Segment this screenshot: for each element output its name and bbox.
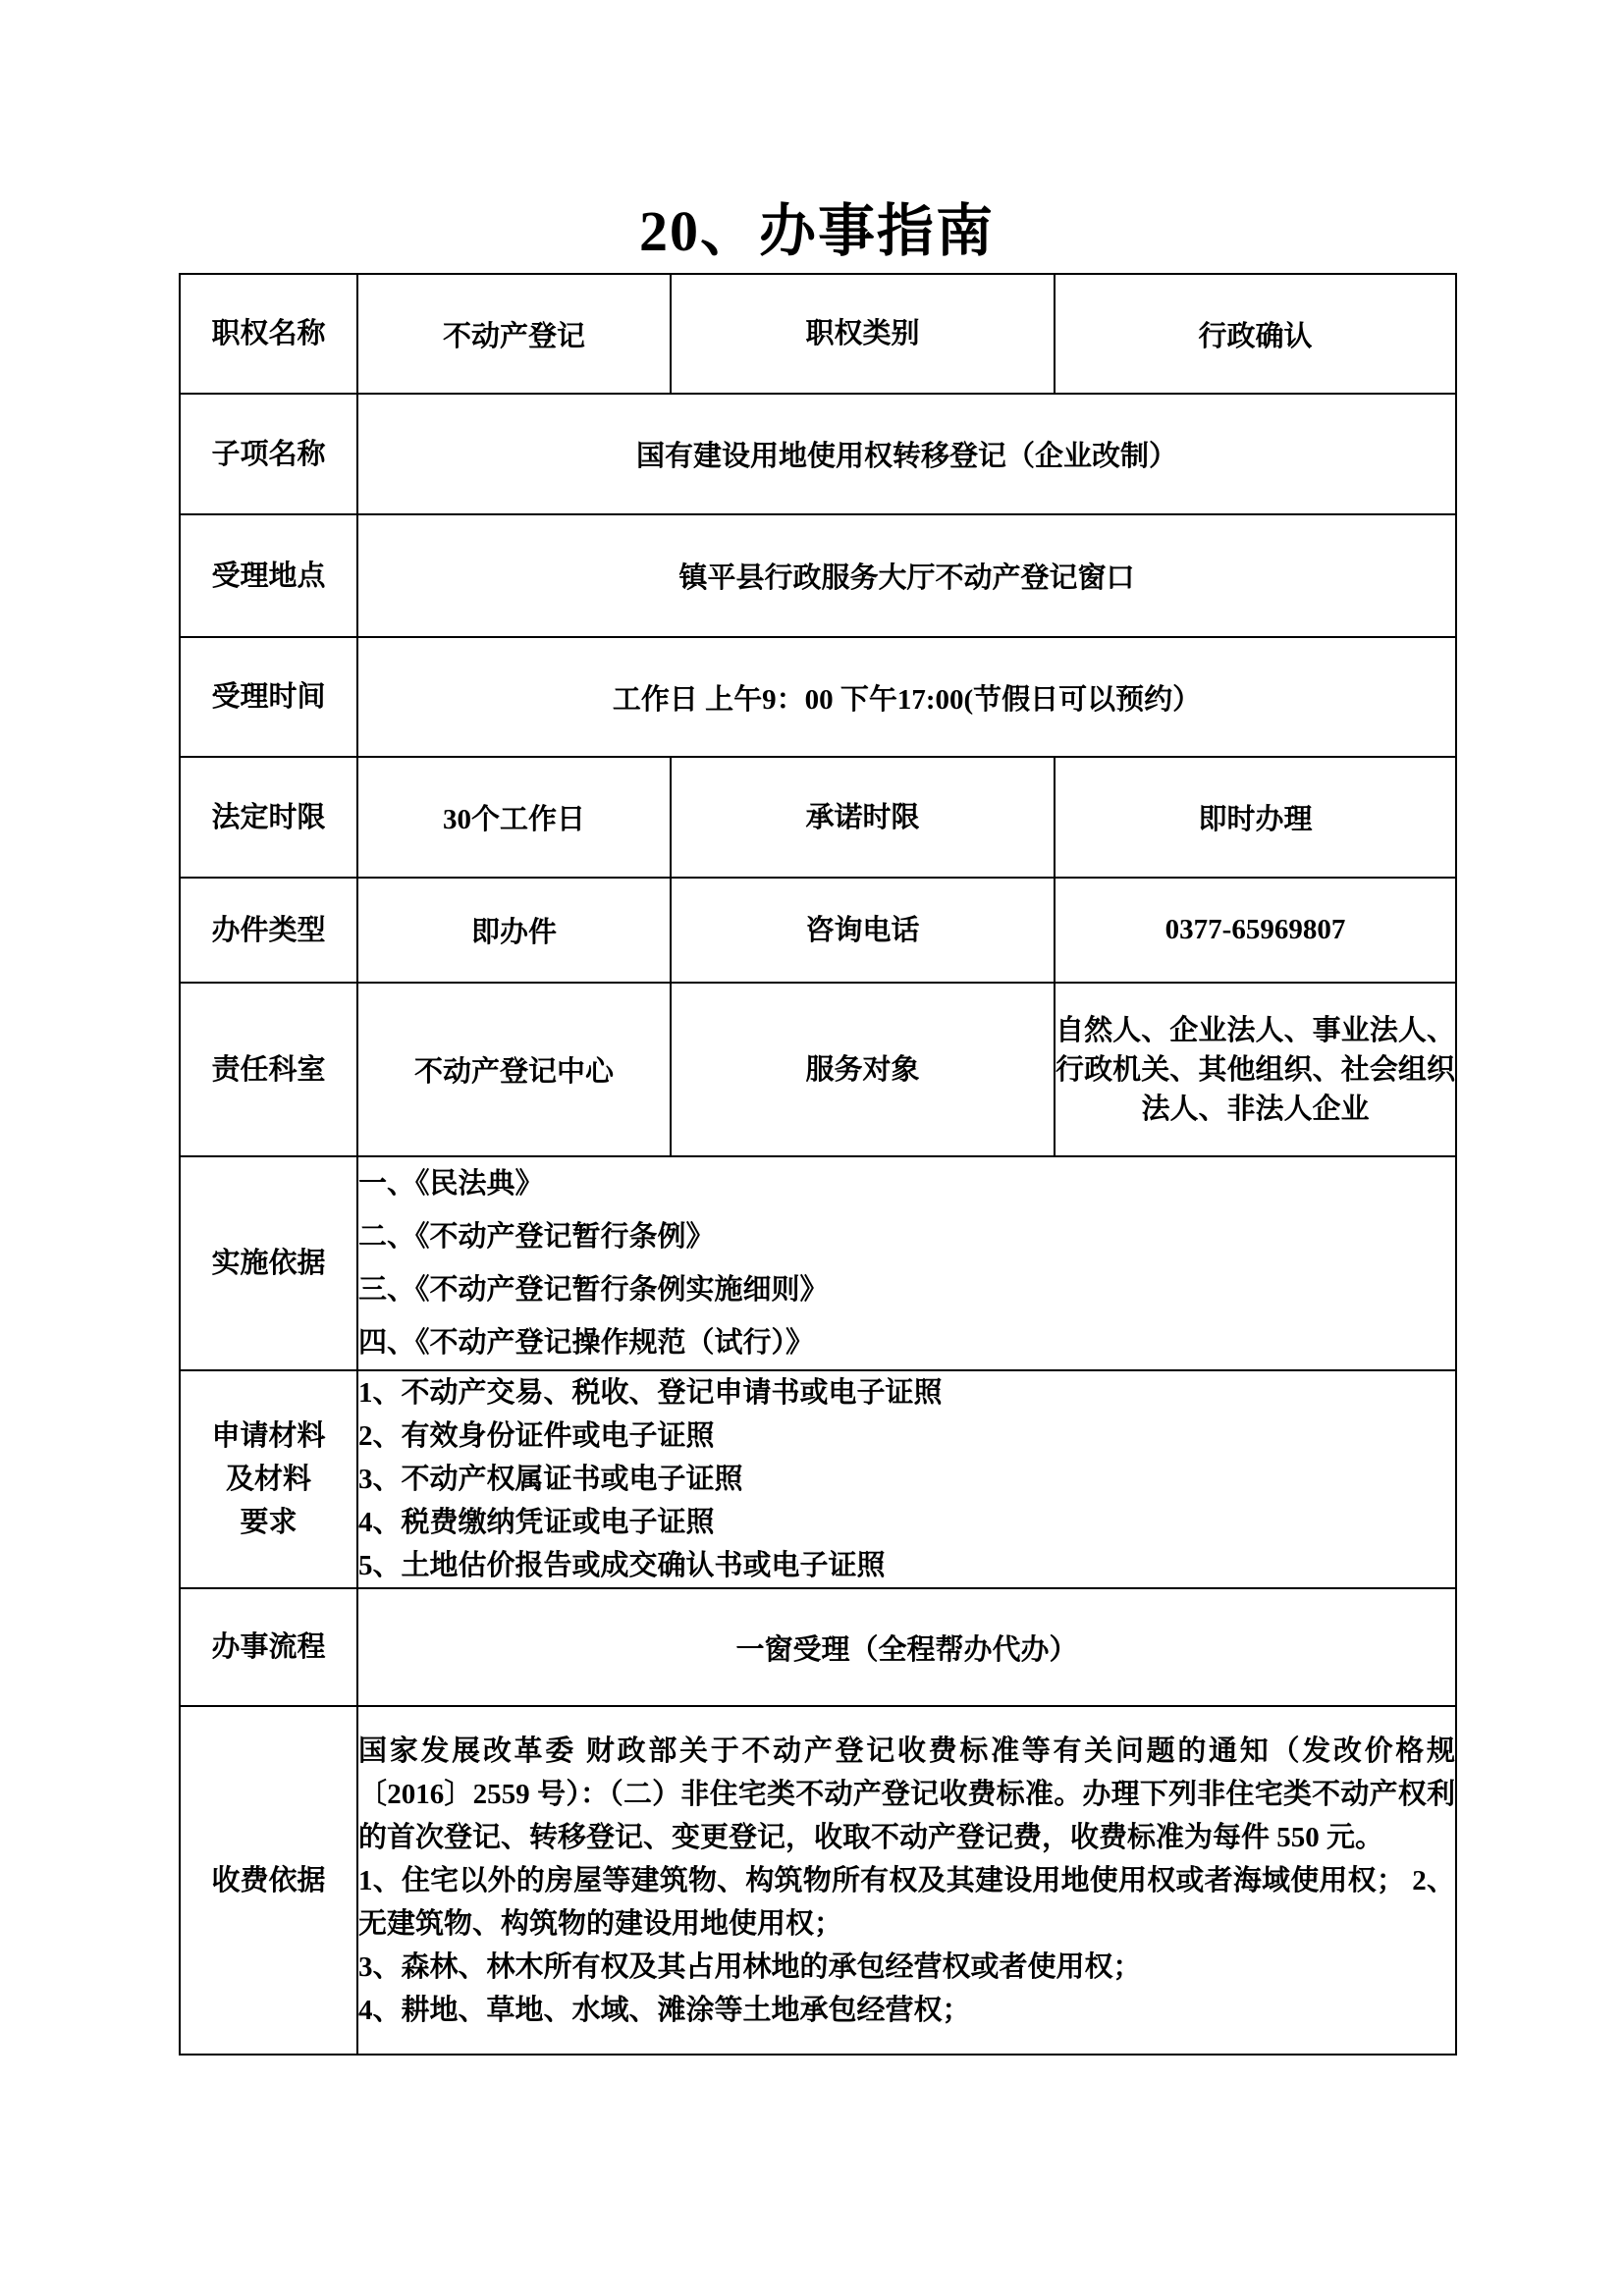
subitem-value: 国有建设用地使用权转移登记（企业改制） xyxy=(357,394,1456,514)
authority-name-label: 职权名称 xyxy=(180,274,357,394)
materials-item: 2、有效身份证件或电子证照 xyxy=(358,1415,1455,1458)
row-subitem: 子项名称 国有建设用地使用权转移登记（企业改制） xyxy=(180,394,1456,514)
authority-category-label: 职权类别 xyxy=(671,274,1055,394)
legal-basis-item: 二、《不动产登记暂行条例》 xyxy=(358,1210,1455,1263)
authority-name-value: 不动产登记 xyxy=(357,274,671,394)
service-target-value: 自然人、企业法人、事业法人、行政机关、其他组织、社会组织法人、非法人企业 xyxy=(1055,983,1456,1156)
materials-list: 1、不动产交易、税收、登记申请书或电子证照 2、有效身份证件或电子证照 3、不动… xyxy=(357,1370,1456,1588)
legal-basis-list: 一、《民法典》 二、《不动产登记暂行条例》 三、《不动产登记暂行条例实施细则》 … xyxy=(357,1156,1456,1370)
case-type-label: 办件类型 xyxy=(180,878,357,983)
promised-limit-label: 承诺时限 xyxy=(671,757,1055,878)
fee-basis-paragraph: 国家发展改革委 财政部关于不动产登记收费标准等有关问题的通知（发改价格规〔201… xyxy=(358,1730,1455,1859)
legal-basis-item: 四、《不动产登记操作规范（试行）》 xyxy=(358,1316,1455,1369)
materials-item: 1、不动产交易、税收、登记申请书或电子证照 xyxy=(358,1371,1455,1415)
row-fee-basis: 收费依据 国家发展改革委 财政部关于不动产登记收费标准等有关问题的通知（发改价格… xyxy=(180,1706,1456,2055)
materials-item: 3、不动产权属证书或电子证照 xyxy=(358,1458,1455,1501)
row-time: 受理时间 工作日 上午9：00 下午17:00(节假日可以预约） xyxy=(180,637,1456,757)
subitem-label: 子项名称 xyxy=(180,394,357,514)
time-label: 受理时间 xyxy=(180,637,357,757)
fee-basis-paragraph: 3、森林、林木所有权及其占用林地的承包经营权或者使用权； xyxy=(358,1946,1455,1989)
legal-limit-label: 法定时限 xyxy=(180,757,357,878)
case-type-value: 即办件 xyxy=(357,878,671,983)
materials-item: 5、土地估价报告或成交确认书或电子证照 xyxy=(358,1544,1455,1587)
authority-category-value: 行政确认 xyxy=(1055,274,1456,394)
time-value: 工作日 上午9：00 下午17:00(节假日可以预约） xyxy=(357,637,1456,757)
location-label: 受理地点 xyxy=(180,514,357,637)
row-legal-basis: 实施依据 一、《民法典》 二、《不动产登记暂行条例》 三、《不动产登记暂行条例实… xyxy=(180,1156,1456,1370)
row-process: 办事流程 一窗受理（全程帮办代办） xyxy=(180,1588,1456,1706)
legal-basis-item: 三、《不动产登记暂行条例实施细则》 xyxy=(358,1263,1455,1316)
department-value: 不动产登记中心 xyxy=(357,983,671,1156)
fee-basis-paragraph: 4、耕地、草地、水域、滩涂等土地承包经营权； xyxy=(358,1989,1455,2032)
department-label: 责任科室 xyxy=(180,983,357,1156)
fee-basis-text: 国家发展改革委 财政部关于不动产登记收费标准等有关问题的通知（发改价格规〔201… xyxy=(357,1706,1456,2055)
row-materials: 申请材料 及材料 要求 1、不动产交易、税收、登记申请书或电子证照 2、有效身份… xyxy=(180,1370,1456,1588)
legal-basis-label: 实施依据 xyxy=(180,1156,357,1370)
promised-limit-value: 即时办理 xyxy=(1055,757,1456,878)
row-department: 责任科室 不动产登记中心 服务对象 自然人、企业法人、事业法人、行政机关、其他组… xyxy=(180,983,1456,1156)
page-title: 20、办事指南 xyxy=(179,185,1455,267)
phone-value: 0377-65969807 xyxy=(1055,878,1456,983)
fee-basis-paragraph: 1、住宅以外的房屋等建筑物、构筑物所有权及其建设用地使用权或者海域使用权； 2、… xyxy=(358,1859,1455,1946)
process-value: 一窗受理（全程帮办代办） xyxy=(357,1588,1456,1706)
fee-basis-label: 收费依据 xyxy=(180,1706,357,2055)
location-value: 镇平县行政服务大厅不动产登记窗口 xyxy=(357,514,1456,637)
row-limits: 法定时限 30个工作日 承诺时限 即时办理 xyxy=(180,757,1456,878)
materials-label: 申请材料 及材料 要求 xyxy=(180,1370,357,1588)
row-authority: 职权名称 不动产登记 职权类别 行政确认 xyxy=(180,274,1456,394)
row-location: 受理地点 镇平县行政服务大厅不动产登记窗口 xyxy=(180,514,1456,637)
row-case-type: 办件类型 即办件 咨询电话 0377-65969807 xyxy=(180,878,1456,983)
process-label: 办事流程 xyxy=(180,1588,357,1706)
legal-limit-value: 30个工作日 xyxy=(357,757,671,878)
legal-basis-item: 一、《民法典》 xyxy=(358,1157,1455,1210)
service-guide-table: 职权名称 不动产登记 职权类别 行政确认 子项名称 国有建设用地使用权转移登记（… xyxy=(179,273,1457,2056)
phone-label: 咨询电话 xyxy=(671,878,1055,983)
materials-item: 4、税费缴纳凭证或电子证照 xyxy=(358,1501,1455,1544)
service-target-label: 服务对象 xyxy=(671,983,1055,1156)
